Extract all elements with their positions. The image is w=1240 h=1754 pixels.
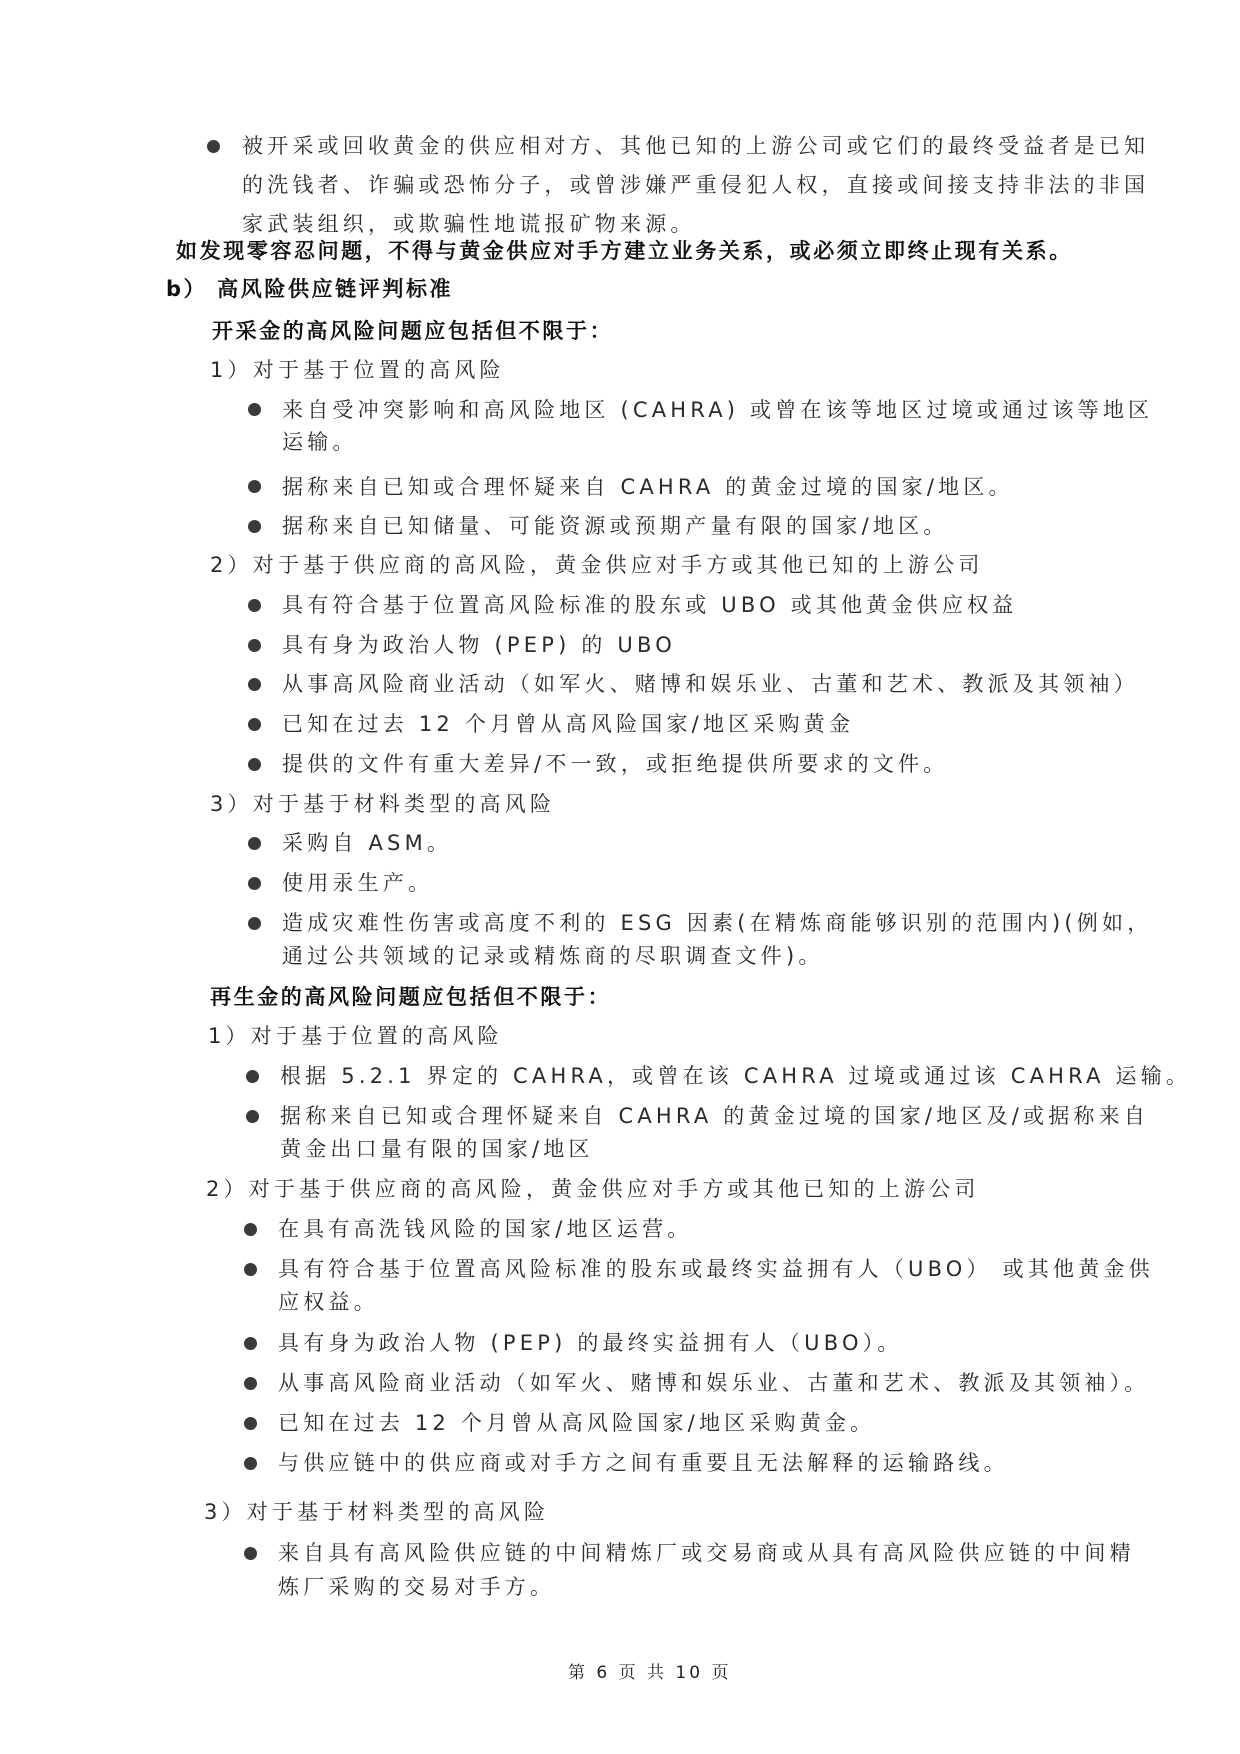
bullet-icon [248, 758, 261, 771]
page-number: 第 6 页 共 10 页 [568, 1658, 731, 1683]
list-item: 炼厂采购的交易对手方。 [278, 1572, 555, 1602]
bullet-icon [207, 140, 220, 153]
list-item: 与供应链中的供应商或对手方之间有重要且无法解释的运输路线。 [278, 1448, 1009, 1478]
subsection-heading-mined: 开采金的高风险问题应包括但不限于： [212, 316, 613, 346]
list-item: 具有身为政治人物 (PEP) 的 UBO [282, 630, 676, 660]
bullet-icon [244, 1457, 257, 1470]
list-item: 运输。 [282, 427, 358, 457]
bullet-icon [246, 1070, 259, 1083]
list-item: 应权益。 [278, 1287, 379, 1317]
list-item: 来自具有高风险供应链的中间精炼厂或交易商或从具有高风险供应链的中间精 [278, 1538, 1135, 1568]
group-title: 3）对于基于材料类型的高风险 [204, 1497, 549, 1527]
group-title: 1）对于基于位置的高风险 [208, 1021, 503, 1051]
list-item: 采购自 ASM。 [282, 828, 452, 858]
bullet-icon [248, 403, 261, 416]
bullet-icon [244, 1377, 257, 1390]
bullet-icon [248, 480, 261, 493]
group-title: 2）对于基于供应商的高风险，黄金供应对手方或其他已知的上游公司 [210, 550, 984, 580]
list-item: 具有符合基于位置高风险标准的股东或 UBO 或其他黄金供应权益 [282, 590, 1018, 620]
list-item: 已知在过去 12 个月曾从高风险国家/地区采购黄金。 [278, 1408, 875, 1438]
list-item: 通过公共领域的记录或精炼商的尽职调查文件)。 [282, 941, 824, 971]
bullet-icon [248, 837, 261, 850]
list-item: 黄金出口量有限的国家/地区 [280, 1134, 594, 1164]
bullet-icon [244, 1417, 257, 1430]
list-item: 造成灾难性伤害或高度不利的 ESG 因素(在精炼商能够识别的范围内)(例如， [282, 908, 1152, 938]
group-title: 1）对于基于位置的高风险 [210, 355, 505, 385]
bullet-icon [248, 520, 261, 533]
subsection-heading-recycled: 再生金的高风险问题应包括但不限于： [210, 982, 611, 1012]
list-item: 具有符合基于位置高风险标准的股东或最终实益拥有人（UBO） 或其他黄金供 [278, 1254, 1154, 1284]
bullet-icon [244, 1547, 257, 1560]
bullet-icon [248, 678, 261, 691]
list-item: 据称来自已知储量、可能资源或预期产量有限的国家/地区。 [282, 511, 948, 541]
list-item: 据称来自已知或合理怀疑来自 CAHRA 的黄金过境的国家/地区及/或据称来自 [280, 1101, 1149, 1131]
paragraph-line: 的洗钱者、诈骗或恐怖分子，或曾涉嫌严重侵犯人权，直接或间接支持非法的非国 [242, 170, 1149, 200]
paragraph-line: 家武装组织，或欺骗性地谎报矿物来源。 [242, 209, 696, 239]
list-item: 提供的文件有重大差异/不一致，或拒绝提供所要求的文件。 [282, 749, 948, 779]
bullet-icon [248, 917, 261, 930]
bullet-icon [246, 1110, 259, 1123]
bullet-icon [248, 718, 261, 731]
section-heading: b） 高风险供应链评判标准 [166, 274, 453, 304]
bullet-icon [244, 1223, 257, 1236]
list-item: 根据 5.2.1 界定的 CAHRA，或曾在该 CAHRA 过境或通过该 CAH… [280, 1061, 1191, 1091]
list-item: 据称来自已知或合理怀疑来自 CAHRA 的黄金过境的国家/地区。 [282, 472, 1014, 502]
bullet-icon [248, 877, 261, 890]
list-item: 已知在过去 12 个月曾从高风险国家/地区采购黄金 [282, 709, 854, 739]
list-item: 使用汞生产。 [282, 868, 433, 898]
list-item: 从事高风险商业活动（如军火、赌博和娱乐业、古董和艺术、教派及其领袖） [282, 669, 1139, 699]
list-item: 具有身为政治人物 (PEP) 的最终实益拥有人（UBO）。 [278, 1328, 903, 1358]
list-item: 从事高风险商业活动（如军火、赌博和娱乐业、古董和艺术、教派及其领袖）。 [278, 1368, 1150, 1398]
paragraph-line: 被开采或回收黄金的供应相对方、其他已知的上游公司或它们的最终受益者是已知 [242, 131, 1149, 161]
list-item: 在具有高洗钱风险的国家/地区运营。 [278, 1214, 692, 1244]
bullet-icon [244, 1337, 257, 1350]
bullet-icon [248, 639, 261, 652]
bullet-icon [248, 599, 261, 612]
group-title: 3）对于基于材料类型的高风险 [210, 789, 555, 819]
group-title: 2）对于基于供应商的高风险，黄金供应对手方或其他已知的上游公司 [206, 1174, 980, 1204]
bullet-icon [244, 1263, 257, 1276]
zero-tolerance-conclusion: 如发现零容忍问题，不得与黄金供应对手方建立业务关系，或必须立即终止现有关系。 [176, 236, 1073, 266]
list-item: 来自受冲突影响和高风险地区 (CAHRA) 或曾在该等地区过境或通过该等地区 [282, 395, 1153, 425]
